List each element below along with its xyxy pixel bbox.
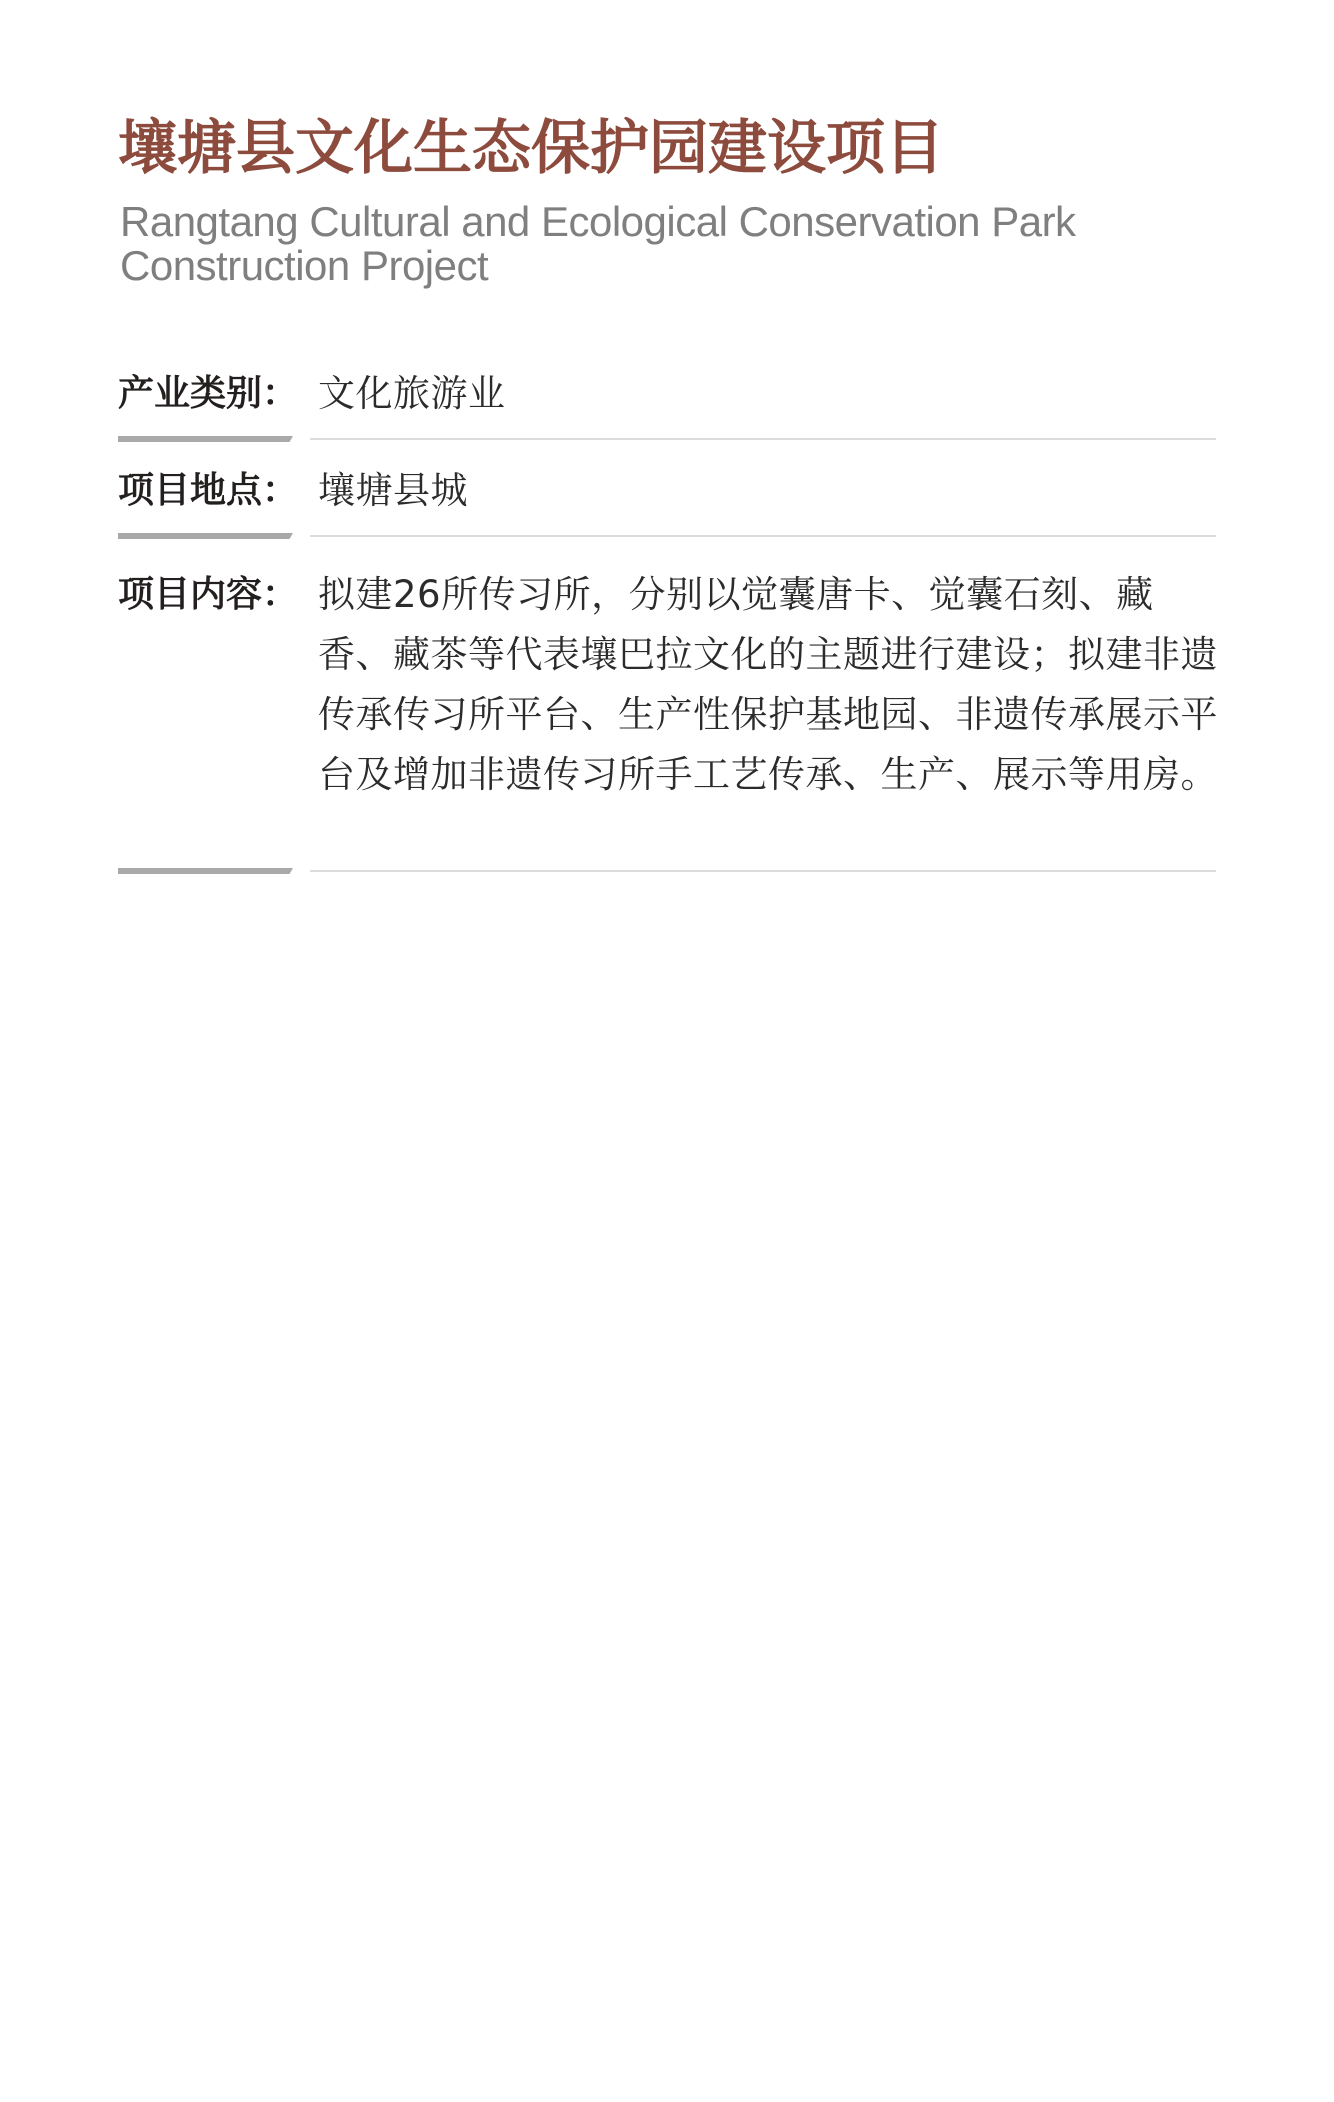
field-value: 文化旅游业	[318, 364, 1218, 424]
label-underline-bar	[118, 436, 293, 442]
label-underline-bar	[118, 868, 293, 874]
divider-line	[310, 870, 1216, 872]
field-value: 壤塘县城	[318, 461, 1218, 521]
field-value: 拟建26所传习所，分别以觉囊唐卡、觉囊石刻、藏香、藏茶等代表壤巴拉文化的主题进行…	[318, 565, 1218, 805]
field-label: 项目内容：	[118, 565, 298, 625]
page-subtitle: Rangtang Cultural and Ecological Conserv…	[120, 200, 1220, 288]
field-label: 项目地点：	[118, 461, 298, 521]
field-label: 产业类别：	[118, 364, 298, 424]
page-title: 壤塘县文化生态保护园建设项目	[118, 112, 944, 184]
divider-line	[310, 438, 1216, 440]
label-underline-bar	[118, 533, 293, 539]
divider-line	[310, 535, 1216, 537]
